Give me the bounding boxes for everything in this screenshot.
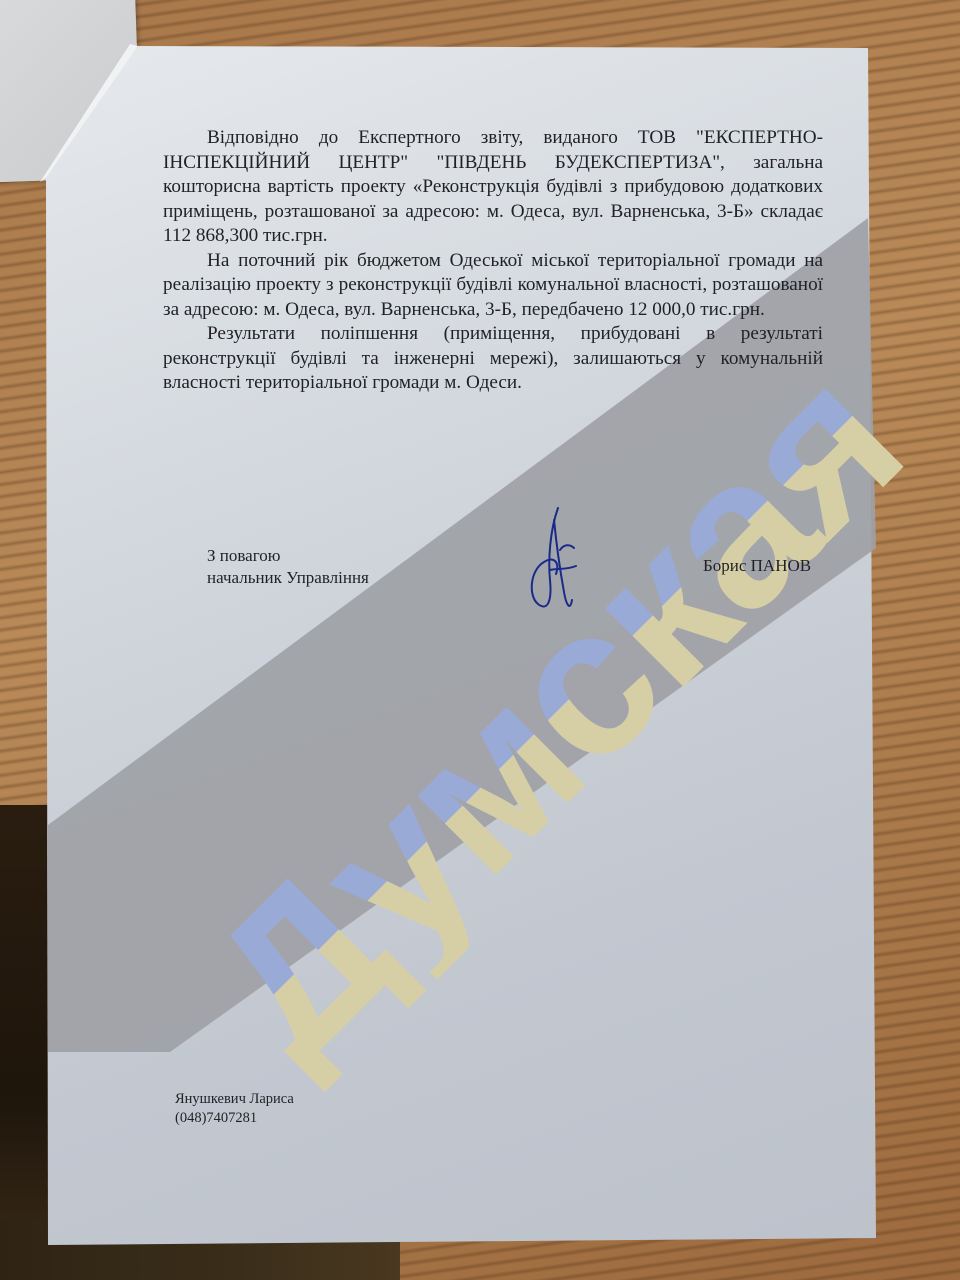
signatory-position: начальник Управління [207,567,369,589]
contact-name: Янушкевич Лариса [175,1090,294,1109]
contact-block: Янушкевич Лариса (048)7407281 [175,1090,294,1128]
closing-block: З повагою начальник Управління [207,545,369,589]
signatory-name: Борис ПАНОВ [703,556,811,576]
paragraph-expert-report: Відповідно до Експертного звіту, виданог… [163,126,823,249]
letter-body: Відповідно до Експертного звіту, виданог… [163,126,823,396]
handwritten-signature [520,500,580,620]
paragraph-results: Результати поліпшення (приміщення, прибу… [163,322,823,396]
salutation: З повагою [207,545,369,567]
contact-phone: (048)7407281 [175,1109,294,1128]
paragraph-budget: На поточний рік бюджетом Одеської місько… [163,249,823,323]
